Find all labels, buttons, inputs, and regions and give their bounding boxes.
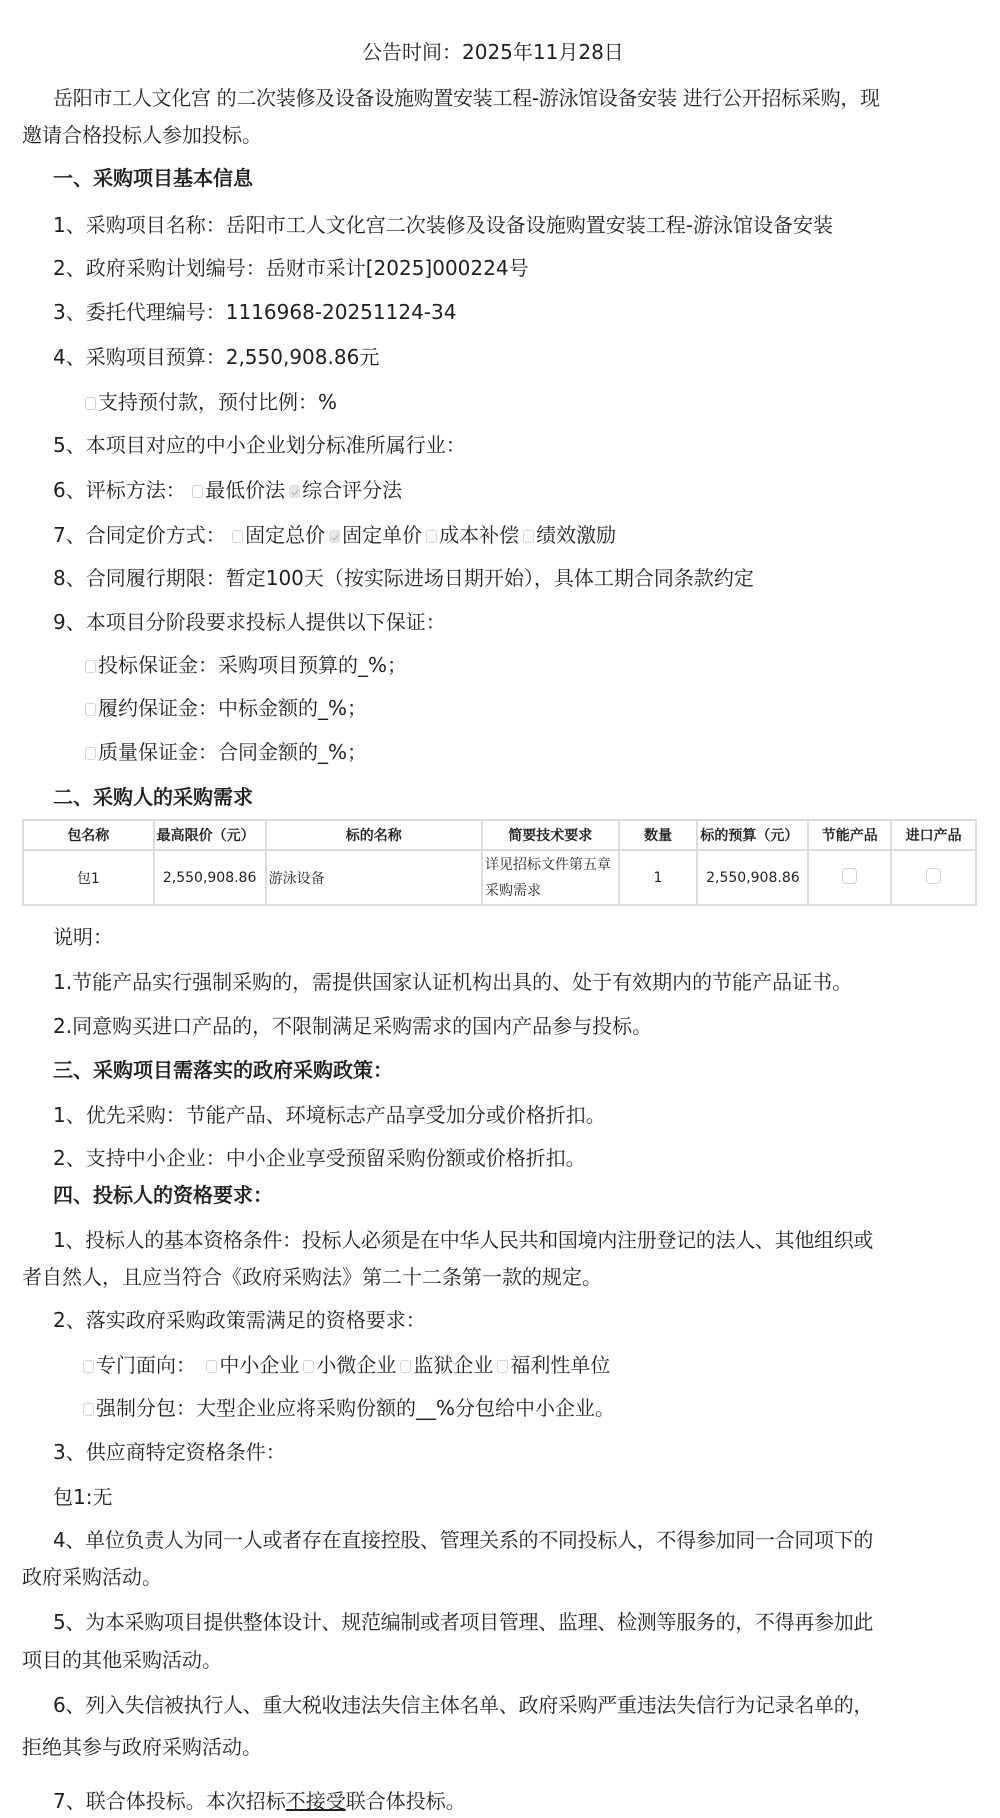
- performance-guarantee[interactable]: 履约保证金：中标金额的_%；: [85, 694, 367, 722]
- lowest-price-checkbox[interactable]: [192, 485, 203, 498]
- performance-guarantee-label: 履约保证金：中标金额的_%；: [98, 696, 367, 720]
- option-dedicated[interactable]: 专门面向：: [83, 1353, 196, 1377]
- col-tech-req: 简要技术要求: [482, 820, 619, 850]
- prepayment-option[interactable]: 支持预付款，预付比例：%: [85, 388, 337, 416]
- fixed-total-checkbox[interactable]: [232, 530, 243, 543]
- contract-pricing-label: 7、合同定价方式：: [53, 523, 226, 547]
- option-comprehensive-scoring[interactable]: 综合评分法: [289, 478, 402, 502]
- contract-pricing: 7、合同定价方式： 固定总价固定单价成本补偿绩效激励: [53, 521, 620, 549]
- intro-paragraph-line1: 岳阳市工人文化宫 的二次装修及设备设施购置安装工程-游泳馆设备安装 进行公开招标…: [53, 84, 880, 112]
- policy-qualification: 2、落实政府采购政策需满足的资格要求：: [53, 1306, 426, 1334]
- sme-support: 2、支持中小企业：中小企业享受预留采购份额或价格折扣。: [53, 1144, 586, 1172]
- comprehensive-scoring-checkbox[interactable]: [289, 485, 300, 498]
- related-party-line2: 政府采购活动。: [22, 1563, 162, 1591]
- option-fixed-unit[interactable]: 固定单价: [329, 523, 422, 547]
- option-fixed-total[interactable]: 固定总价: [232, 523, 325, 547]
- note-label: 说明：: [53, 923, 113, 951]
- evaluation-method-label: 6、评标方法：: [53, 478, 186, 502]
- col-quantity: 数量: [619, 820, 698, 850]
- cell-energy-saving: [808, 850, 891, 905]
- option-welfare[interactable]: 福利性单位: [497, 1353, 610, 1377]
- package-qualification: 包1:无: [53, 1483, 112, 1511]
- consortium-bidding: 7、联合体投标。本次招标不接受联合体投标。: [53, 1787, 466, 1815]
- option-prison[interactable]: 监狱企业: [400, 1353, 493, 1377]
- sme-label: 中小企业: [219, 1353, 299, 1377]
- dedicated-label: 专门面向：: [96, 1353, 196, 1377]
- basic-qualification-line1: 1、投标人的基本资格条件：投标人必须是在中华人民共和国境内注册登记的法人、其他组…: [53, 1226, 873, 1254]
- prepayment-checkbox[interactable]: [85, 397, 96, 410]
- cell-quantity: 1: [619, 850, 698, 905]
- quality-guarantee[interactable]: 质量保证金：合同金额的_%；: [85, 738, 367, 766]
- welfare-unit-checkbox[interactable]: [497, 1360, 508, 1373]
- prepayment-label: 支持预付款，预付比例：%: [98, 390, 337, 414]
- evaluation-method: 6、评标方法： 最低价法综合评分法: [53, 476, 406, 504]
- project-name: 1、采购项目名称：岳阳市工人文化宫二次装修及设备设施购置安装工程-游泳馆设备安装: [53, 211, 833, 239]
- fixed-total-label: 固定总价: [245, 523, 325, 547]
- energy-saving-checkbox[interactable]: [842, 868, 857, 884]
- quality-guarantee-checkbox[interactable]: [85, 747, 96, 760]
- micro-small-checkbox[interactable]: [303, 1360, 314, 1373]
- dedicated-to: 专门面向： 中小企业小微企业监狱企业福利性单位: [83, 1351, 614, 1379]
- col-package: 包名称: [23, 820, 154, 850]
- fixed-unit-checkbox[interactable]: [329, 530, 340, 543]
- priority-procurement: 1、优先采购：节能产品、环境标志产品享受加分或价格折扣。: [53, 1101, 606, 1129]
- sme-industry: 5、本项目对应的中小企业划分标准所属行业：: [53, 431, 466, 459]
- option-micro-small[interactable]: 小微企业: [303, 1353, 396, 1377]
- project-budget: 4、采购项目预算：2,550,908.86元: [53, 343, 379, 371]
- prison-enterprise-checkbox[interactable]: [400, 1360, 411, 1373]
- table-row: 包1 2,550,908.86 游泳设备 详见招标文件第五章采购需求 1 2,5…: [23, 850, 976, 905]
- sme-checkbox[interactable]: [206, 1360, 217, 1373]
- col-imported: 进口产品: [891, 820, 976, 850]
- option-sme[interactable]: 中小企业: [206, 1353, 299, 1377]
- micro-small-label: 小微企业: [316, 1353, 396, 1377]
- quality-guarantee-label: 质量保证金：合同金额的_%；: [98, 740, 367, 764]
- cell-package: 包1: [23, 850, 154, 905]
- consortium-suffix: 联合体投标。: [346, 1789, 466, 1813]
- announcement-time: 公告时间：2025年11月28日: [362, 38, 624, 66]
- note-energy-saving: 1.节能产品实行强制采购的，需提供国家认证机构出具的、处于有效期内的节能产品证书…: [53, 968, 852, 996]
- related-party-line1: 4、单位负责人为同一人或者存在直接控股、管理关系的不同投标人，不得参加同一合同项…: [53, 1526, 873, 1554]
- cell-imported: [891, 850, 976, 905]
- col-energy-saving: 节能产品: [808, 820, 891, 850]
- cell-budget: 2,550,908.86: [697, 850, 808, 905]
- contract-period: 8、合同履行期限：暂定100天（按实际进场日期开始），具体工期合同条款约定: [53, 564, 754, 592]
- intro-paragraph-line2: 邀请合格投标人参加投标。: [22, 121, 262, 149]
- section2-heading: 二、采购人的采购需求: [53, 783, 253, 811]
- consortium-not-accepted: 不接受: [286, 1789, 346, 1813]
- welfare-unit-label: 福利性单位: [510, 1353, 610, 1377]
- cost-compensation-label: 成本补偿: [439, 523, 519, 547]
- guarantee-intro: 9、本项目分阶段要求投标人提供以下保证：: [53, 608, 446, 636]
- col-max-price: 最高限价（元）: [154, 820, 266, 850]
- dedicated-checkbox[interactable]: [83, 1360, 94, 1373]
- section4-heading: 四、投标人的资格要求：: [53, 1181, 273, 1209]
- bid-guarantee-checkbox[interactable]: [85, 660, 96, 673]
- agency-number: 3、委托代理编号：1116968-20251124-34: [53, 298, 456, 326]
- procurement-requirements-table: 包名称 最高限价（元） 标的名称 简要技术要求 数量 标的预算（元） 节能产品 …: [22, 819, 977, 906]
- plan-number: 2、政府采购计划编号：岳财市采计[2025]000224号: [53, 254, 529, 282]
- option-cost-compensation[interactable]: 成本补偿: [426, 523, 519, 547]
- prior-service-line2: 项目的其他采购活动。: [22, 1646, 222, 1674]
- cell-max-price: 2,550,908.86: [154, 850, 266, 905]
- performance-guarantee-checkbox[interactable]: [85, 703, 96, 716]
- performance-incentive-label: 绩效激励: [536, 523, 616, 547]
- performance-incentive-checkbox[interactable]: [523, 530, 534, 543]
- section1-heading: 一、采购项目基本信息: [53, 164, 253, 192]
- comprehensive-scoring-label: 综合评分法: [302, 478, 402, 502]
- cell-item-name: 游泳设备: [266, 850, 482, 905]
- lowest-price-label: 最低价法: [205, 478, 285, 502]
- section3-heading: 三、采购项目需落实的政府采购政策：: [53, 1056, 393, 1084]
- consortium-prefix: 7、联合体投标。本次招标: [53, 1789, 286, 1813]
- table-header-row: 包名称 最高限价（元） 标的名称 简要技术要求 数量 标的预算（元） 节能产品 …: [23, 820, 976, 850]
- subcontract-checkbox[interactable]: [83, 1403, 94, 1416]
- announcement-time-label: 公告时间：: [362, 40, 462, 64]
- imported-checkbox[interactable]: [926, 868, 941, 884]
- cost-compensation-checkbox[interactable]: [426, 530, 437, 543]
- fixed-unit-label: 固定单价: [342, 523, 422, 547]
- option-performance-incentive[interactable]: 绩效激励: [523, 523, 616, 547]
- blacklist-line1: 6、列入失信被执行人、重大税收违法失信主体名单、政府采购严重违法失信行为记录名单…: [53, 1691, 873, 1719]
- bid-guarantee[interactable]: 投标保证金：采购项目预算的_%；: [85, 651, 407, 679]
- cell-tech-req: 详见招标文件第五章采购需求: [482, 850, 619, 905]
- note-imported: 2.同意购买进口产品的，不限制满足采购需求的国内产品参与投标。: [53, 1012, 652, 1040]
- announcement-time-value: 2025年11月28日: [462, 40, 624, 64]
- prison-enterprise-label: 监狱企业: [413, 1353, 493, 1377]
- col-budget: 标的预算（元）: [697, 820, 808, 850]
- subcontract-label: 强制分包：大型企业应将采购份额的__%分包给中小企业。: [96, 1396, 615, 1420]
- mandatory-subcontract[interactable]: 强制分包：大型企业应将采购份额的__%分包给中小企业。: [83, 1394, 615, 1422]
- prior-service-line1: 5、为本采购项目提供整体设计、规范编制或者项目管理、监理、检测等服务的，不得再参…: [53, 1608, 873, 1636]
- blacklist-line2: 拒绝其参与政府采购活动。: [22, 1733, 262, 1761]
- basic-qualification-line2: 者自然人，且应当符合《政府采购法》第二十二条第一款的规定。: [22, 1263, 602, 1291]
- col-item-name: 标的名称: [266, 820, 482, 850]
- option-lowest-price[interactable]: 最低价法: [192, 478, 285, 502]
- specific-qualification: 3、供应商特定资格条件：: [53, 1438, 286, 1466]
- bid-guarantee-label: 投标保证金：采购项目预算的_%；: [98, 653, 407, 677]
